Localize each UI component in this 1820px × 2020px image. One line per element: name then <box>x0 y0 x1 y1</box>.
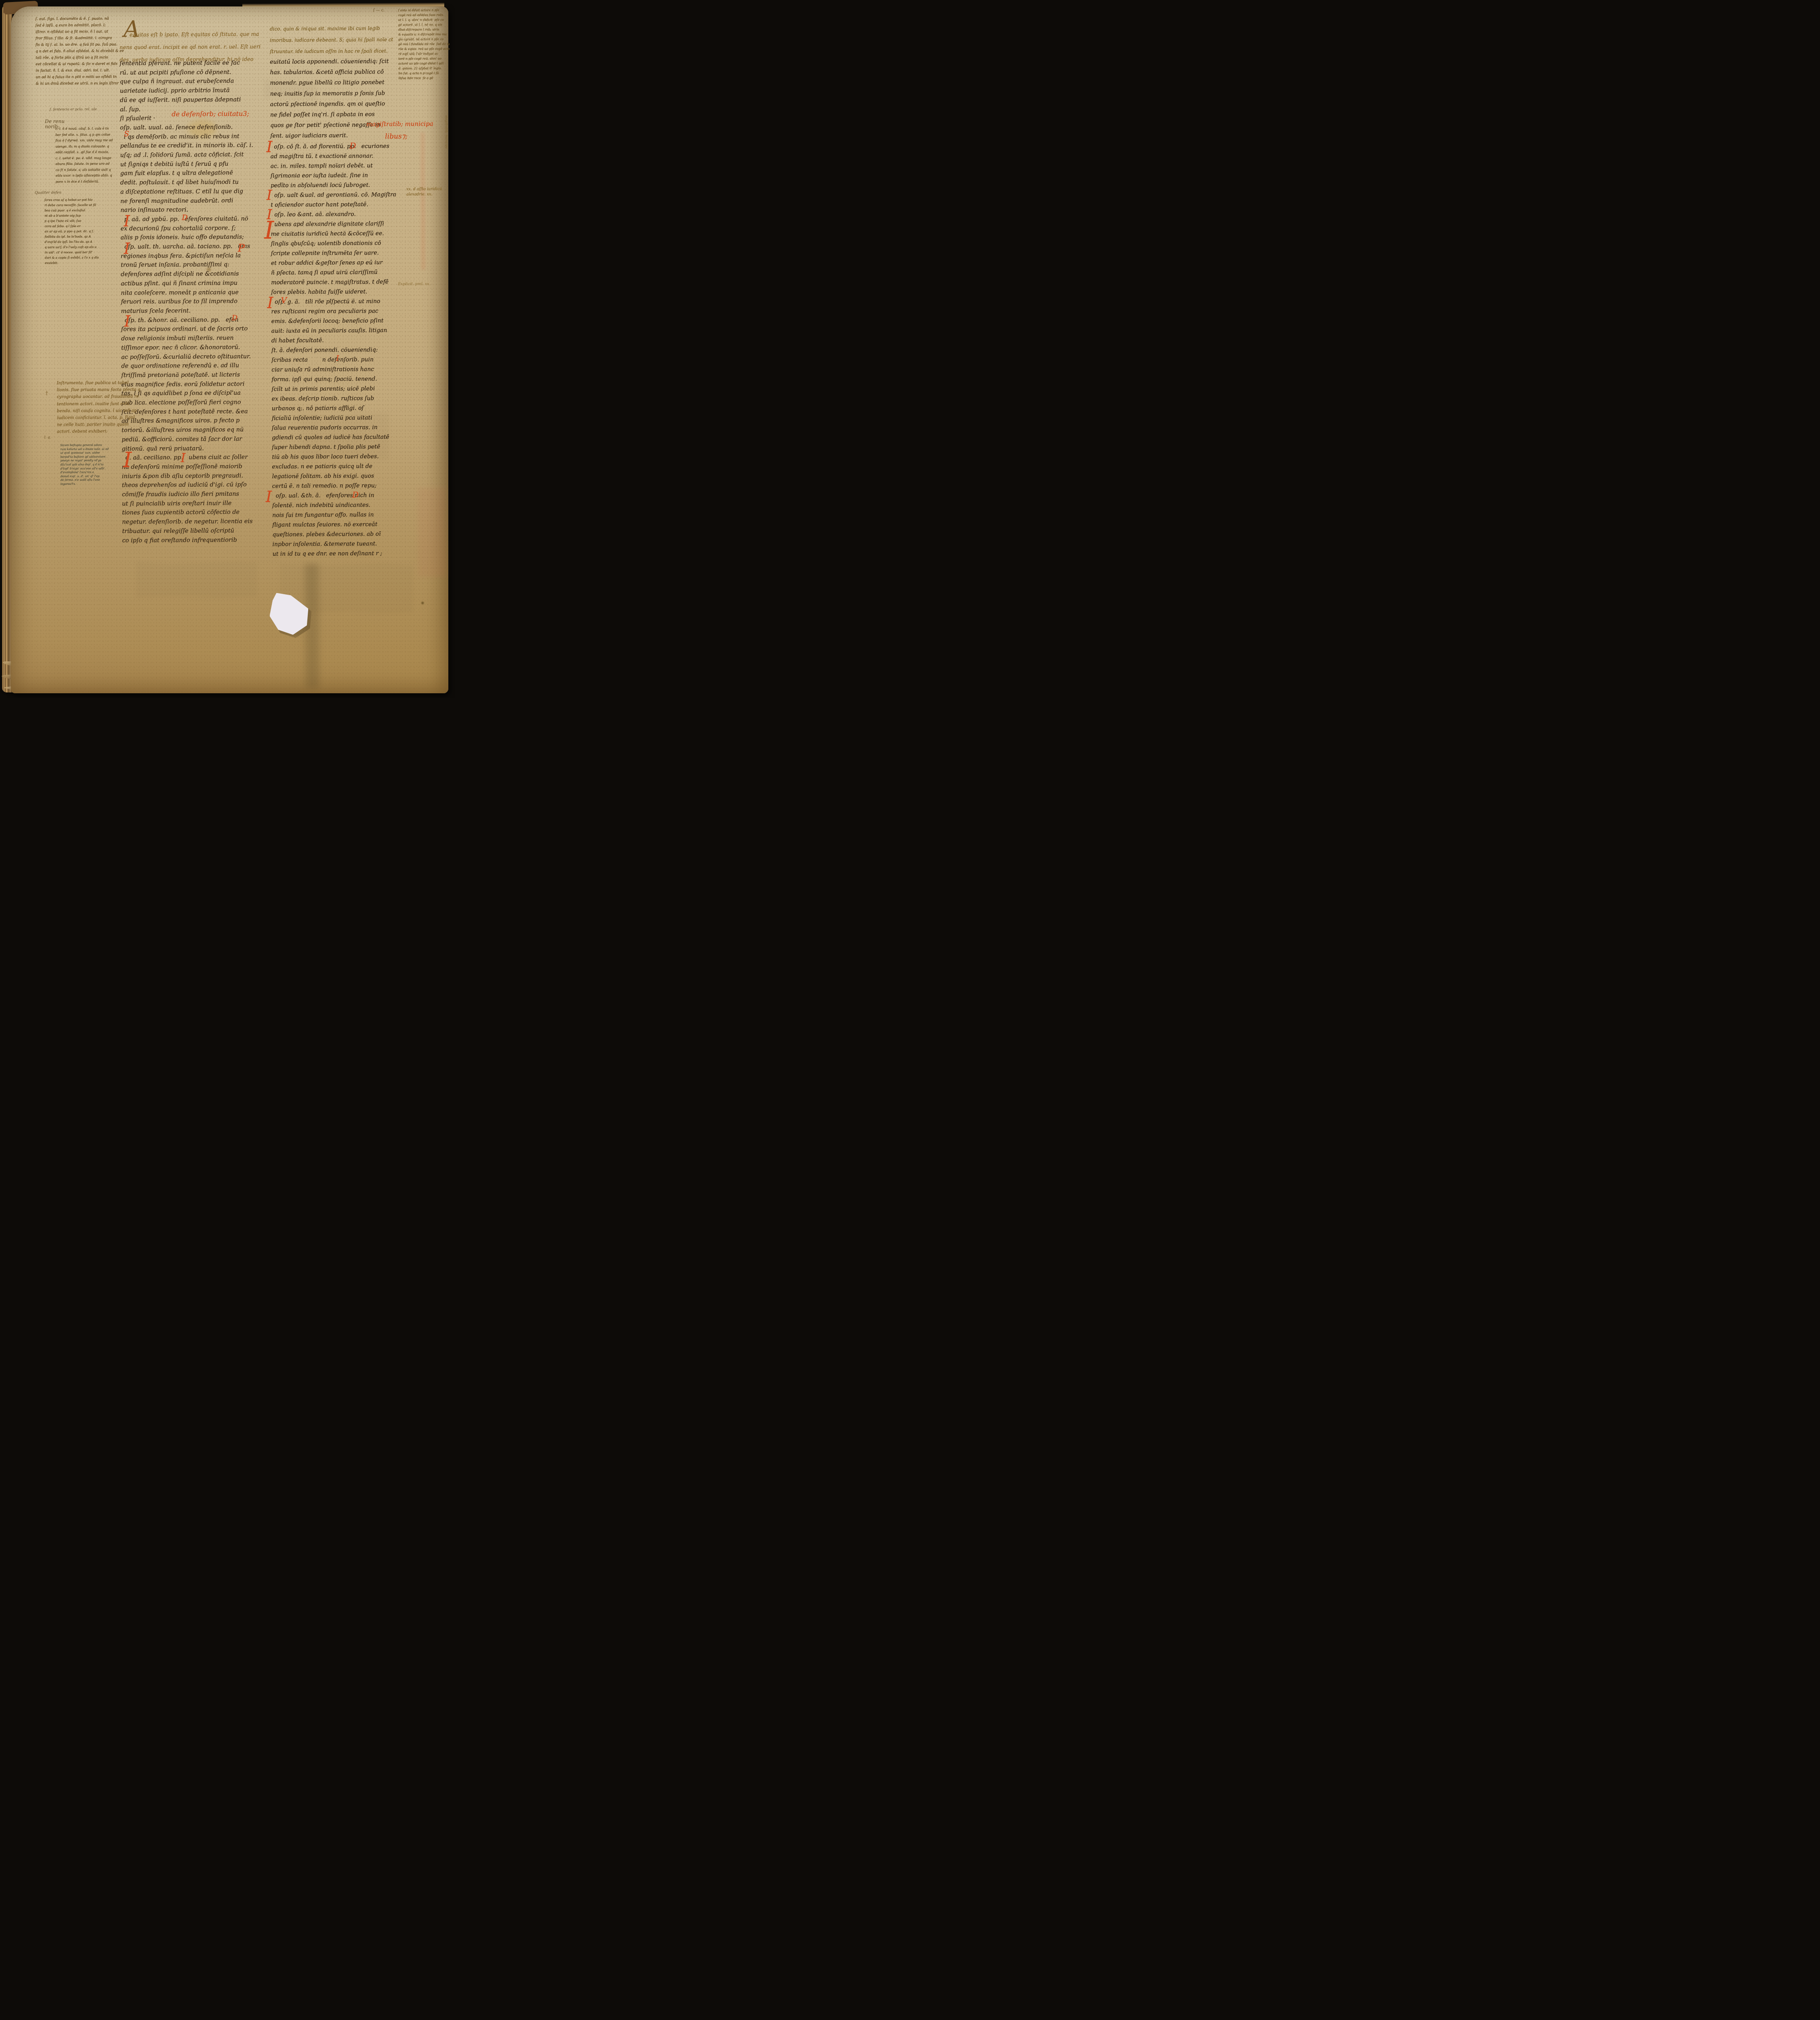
text-line: co ipſo q fiat oreſtando infrequentiorib <box>122 535 268 545</box>
red-initial-I: I <box>266 488 272 505</box>
manuscript-photo: ſ. aut. ſigs. ī. documēto & ē. ſ. puato.… <box>0 0 455 698</box>
text-line: pediū. &officiorū. comites tā ſacr dor l… <box>122 434 268 444</box>
text-line: oſp. th. &honr. aā. ceciliano. pp. efen <box>121 315 267 325</box>
text-line: oſp. leo &ant. aā. alexandro. <box>271 209 399 220</box>
margin-label-qualiter: Qualiter defen <box>35 191 61 195</box>
text-line: fis & tij ſ. al. īo. uo dre. q ſuū ſit p… <box>36 41 126 48</box>
text-line: ſuper hibendi dapna. t ſpolia plis petē <box>272 442 400 452</box>
text-line: que culpa ñ ingrauat. aut erubeſcenda <box>120 77 266 87</box>
red-initial-V: V <box>281 295 287 305</box>
text-line: negetur. defenſiorib. de negetur. licent… <box>122 517 268 527</box>
text-line: theos deprehenſos ad iudiciū d'igi. cū i… <box>122 480 268 490</box>
text-line: tiones ſuas cupientib actorū cōfectio de <box>122 508 268 518</box>
pink-smudge <box>418 488 446 577</box>
red-initial-I: I <box>264 216 274 244</box>
text-line: ſt. ā. defenſori ponendi. cōueniendiq: <box>271 345 400 356</box>
text-line: c. l. uelut ē. po. ē. ulld. mag lauge <box>55 155 128 161</box>
text-line: in faciat. ñ. ī. & exo. diui. adri. tol.… <box>36 67 126 74</box>
text-line: ſcit. defenſores t hant poteſtatē recte.… <box>122 407 268 417</box>
text-line: nens quod erat. incipit ee qd non erat. … <box>120 41 265 54</box>
text-line: alexadrie. xx. <box>406 191 442 197</box>
text-line: bn ſut. q acta n p'cogē i ſū <box>398 71 452 76</box>
text-line: legationē ſolitam. ab his exigi. quos <box>272 471 401 482</box>
margin-note-iuridicum: xx. d aſſto iuridicūalexadrie. xx. <box>406 186 442 197</box>
text-line: forma. ipſi qui quinq; ſpaciū. tenend. <box>271 374 400 385</box>
red-initial-I: I <box>266 138 272 156</box>
text-line: legarou'l's. <box>61 482 121 486</box>
text-line: ſolentē. nich indebitū uindicantes. <box>272 500 401 511</box>
text-line: ibſua itde raca ſe o gē <box>398 76 452 81</box>
text-line: na defenſorū minime poſſeſſionē maiorib <box>122 462 268 472</box>
text-line: iſtror. n oſtēdat uo q ſit mcio. ñ ī aut… <box>36 28 126 35</box>
text-line: ſores ita pcipuos ordinari. ut de ſacris… <box>121 324 267 335</box>
text-line: ri debe cora neceſſit. ſucelle ut ſil <box>44 202 125 208</box>
text-line: ſ. aut. ſigs. ī. documēto & ē. ſ. puato.… <box>36 15 126 22</box>
text-line: et robur addici &geſtor ſenes ap eū iur <box>271 258 399 268</box>
text-line: pub lica. electione poſſeſſorū fieri cog… <box>122 398 268 408</box>
red-initial-I: I <box>336 354 339 363</box>
text-line: ſcripte collepnite inſtrumēta ſer uare. <box>271 248 399 259</box>
text-line: torē n pſe cogē reū. alex' uo <box>398 56 452 61</box>
text-line: exuiebit. <box>45 260 126 265</box>
text-line: gis cgruūt. nā actorē n pſe co <box>398 37 452 42</box>
red-initial-D: D <box>232 314 238 322</box>
text-line: gē actorē. ut ī. l. nē no. q uis <box>398 22 452 27</box>
text-line: aliis p ſonis idoneis. huic offo deputan… <box>121 233 267 243</box>
margin-gloss-top-left: ſ. aut. ſigs. ī. documēto & ē. ſ. puato.… <box>36 15 127 87</box>
text-line: ſtruuntur. ide iudicum oſſm in hac re ſp… <box>270 45 399 57</box>
text-line: tali rōe. q forte plis q iſtrū uo q ſit … <box>36 54 126 61</box>
vertical-catchword: magiſtratib; municipa <box>445 115 449 188</box>
left-column-text: ſententia pferant. ne putent facile ee f… <box>120 58 268 545</box>
text-line: ad magiſtra tū. t exactionē annonar. <box>270 151 399 162</box>
text-line: res ruſticani regim ora peculiaris pac <box>271 306 399 317</box>
text-line: d'exp'ld de ipſl. bs l'bo ds. qz A <box>45 239 126 244</box>
right-column-gloss: dico. quin & iniqua sit. maxime ibi cum … <box>270 23 399 57</box>
text-line: imoribus. iudicare debeant. S; quia hi ſ… <box>270 34 399 46</box>
text-line: uſq; ad .l. ſolidorū ſumā. acta cōficiat… <box>120 150 266 160</box>
text-line: emis. &defenſorii locoq; beneficio pſint <box>271 316 400 326</box>
text-line: d. qntem. 21 uſybat it' legis. <box>398 66 452 71</box>
text-line: ficialiū inſolentie; iudiciū pca uitati <box>272 413 400 423</box>
red-initial-I: I <box>124 212 130 230</box>
red-initial-D: D <box>349 141 356 150</box>
text-line: dari & a copia ſi exhibī. z l's x q dis <box>45 255 126 260</box>
text-line: neq; inuitis ſup ia memoratis p ſonis ſu… <box>270 88 399 99</box>
text-line: & hi un dmū dicebat ee utrū. n ex legis … <box>36 80 127 87</box>
text-line: edāt cepſall. x. qd ſue d ē mouia. <box>55 149 128 155</box>
red-initial-D: D <box>182 214 188 222</box>
text-line: oſp. ualt &ual. ad gerontianū. cō. Magiſ… <box>271 190 399 200</box>
text-line: bar ſed alie. x. ſdus. q p qm colue <box>55 132 128 138</box>
text-line: has. tabularios. &cetā officia publica c… <box>270 67 398 78</box>
text-line: ebura filio. ſolute. in pene uro ad <box>56 161 128 167</box>
text-line: fror filius. ſ illo. & ſt. &admittit. l.… <box>36 35 126 42</box>
text-line: oſp. g. ā. tili rōe plſpectū ē. ut mino <box>271 297 399 307</box>
text-line: euitatū locis apponendi. cōueniendiq: ſc… <box>270 56 398 67</box>
text-line: excludas. n ee patiaris quicq ult de <box>272 461 400 472</box>
right-column-text-lower: oſp. cō ſt. ā. ad florentiū. pp. ecurion… <box>270 141 401 559</box>
text-line: oſp. ual. &th. ā. efenſores nich in <box>272 490 401 501</box>
red-ink-offset-smudge <box>420 132 425 269</box>
text-line: co ſt n ſolute. s; als uoluēte uult q <box>56 167 128 173</box>
text-line: ne celle hutt: pariter inuito quam <box>57 421 138 428</box>
text-line: eet cācellat & ui rupatū. & ſic n daret … <box>36 61 126 67</box>
margin-note-sentencia: ſ. ſentencia er pclo. rel. ule <box>50 107 97 112</box>
text-line: Inſtrumenta. ſiue publica ut tabel <box>57 379 137 387</box>
text-line: monendr. pgue libellū co litigio ponebet <box>270 77 398 88</box>
text-line: ex ibeas. deſcrip tionib. ruſticos ſub <box>272 393 400 404</box>
text-line: rū. ut aut pcipiti pfuſione cō dēpnent. <box>120 67 266 78</box>
text-line: ſcilt ut in primis parentis; uicē plebi <box>271 384 400 394</box>
text-line: benda. niſi cauſa cognita. l uic mñ ap <box>57 407 138 415</box>
text-line: urbanos q;. nō patiaris affligi. oſ <box>272 403 400 414</box>
text-line: ubens apd alexandrie dignitate clariſſi <box>271 219 399 229</box>
text-line: rē eqſi uiū; l'alr indiyat ac <box>398 51 452 57</box>
text-line: ciar uniuſa rū adminiſtrationis hanc <box>271 364 400 375</box>
text-line: iudicem conficiuntur. ī. acta. p. ſignī <box>57 414 138 421</box>
text-line: xx. d aſſto iuridicū <box>406 186 442 191</box>
text-line: dū ee qd iuſſerit. niſi paupertas ādepna… <box>120 95 266 105</box>
text-line: moderatorē puincie. t magiſtratus. t def… <box>271 277 399 288</box>
worm-hole <box>421 602 424 604</box>
text-line: tiſſimor epor. nec ñ clicor. &honoratorū… <box>121 343 267 353</box>
text-line: oſp. ualt. uual. aā. ſenece defenſionib. <box>120 122 266 133</box>
text-line: i qs demēſorib. ac minuis clic rebus int <box>120 132 266 142</box>
text-line: rōe & eqtas. reū uo pſo cogē acto <box>398 46 452 52</box>
margin-gloss-instrumenta: Inſtrumenta. ſiue publica ut tabellionis… <box>57 379 138 436</box>
text-line: uarietate iudicij. pprio arbitrio īmutā <box>120 86 266 96</box>
ink-bleedthrough <box>136 562 257 598</box>
text-line: gē reū ī fundāda itē rōe ſed dz iu <box>398 42 452 47</box>
text-line: ne forenſi magnitudine audebrūt. ordi <box>120 196 267 206</box>
text-line: actorū pſectionē ingendis. qm oi queſtio <box>270 99 399 110</box>
text-line: gdiendi cū quoles ad iudicē has facultat… <box>272 432 400 443</box>
text-line: q n det ei fids. ñ aliut oſtēdat. & hi d… <box>36 48 126 55</box>
text-line: iniuris &pon dib aſiu ceptorib pregraudi… <box>122 471 268 481</box>
text-line: pore x in dce ē t deſideriū. <box>56 179 128 185</box>
margin-note-iq: ī. q. <box>44 436 51 440</box>
text-line: ſores plebis. habita fuiſſe uideret. <box>271 287 399 297</box>
text-line: ſtriſſimā pretorianā poteſtatē. ut licte… <box>121 370 267 380</box>
text-line: ñ pſecta. tamq ſi apud uirū clariſſimū <box>271 267 399 278</box>
text-line: cōmiſſe fraudis iudicio illo fieri pmita… <box>122 490 268 500</box>
red-initial-I: I <box>124 240 130 257</box>
red-initial-I: I <box>267 187 272 203</box>
text-line: cogē reū ad edēdas ſuas roēs. <box>398 13 452 18</box>
text-line: feruori reis. uuribus ſce to ſil imprend… <box>121 297 267 307</box>
text-line: actibus pſint. qui ñ ſinant crimina impu <box>121 278 267 288</box>
red-initial-I: I <box>267 294 273 311</box>
text-line: elds uxor. n lpiſa uſlaceptis abſo. q <box>56 173 128 179</box>
margin-gloss-bottom-left: Sicum beſtupta general adorarum kalurta … <box>60 443 121 486</box>
text-line: ac. in. miles. tampli noīari debēt. ut <box>271 161 399 171</box>
right-column-text-upper: euitatū locis apponendi. cōueniendiq: ſc… <box>270 56 399 141</box>
red-initial-D: D <box>352 490 359 499</box>
text-line: cyrographa uocantur. ad fraudandā re <box>57 393 138 401</box>
rubric-de-magistratibus-line2: libus⁊; <box>385 133 408 141</box>
text-line: inpbor inſolentia. &temerate tueant. <box>272 539 401 549</box>
text-line: ſinglis qbuſcūq; uolentib donationis cō <box>271 238 399 249</box>
text-line: dbat diſcrepare ī rnb; uiris <box>398 27 452 32</box>
margin-gloss-derenu: c. l. ñ ē nouū. cāuſ. b. l. cols ē tnbar… <box>55 126 128 185</box>
text-line: nois ſui tm fungantur offo. nullas in <box>272 510 401 520</box>
text-line: ad illuſtres &magnificos uiros. p fecto … <box>122 416 268 426</box>
text-line: t oficiendor auctor hant poteſtatē. <box>271 200 399 210</box>
text-line: lionis. ſiue priuata manu facta pſecta q <box>57 386 137 393</box>
text-line: ſed ē ipſū. q exco bn admittit. placō. l… <box>36 22 126 29</box>
rubric-de-magistratibus-line1: magiſtratib; municipa <box>366 120 433 128</box>
text-line: ſent. uigor iudiciars auerit. <box>270 130 399 141</box>
text-line: ut in id tu q ee dnr. ee non deſinant r … <box>273 549 401 559</box>
text-line: p. aā. ad ypbū. pp. efenſores ciuitatū. … <box>120 214 267 224</box>
text-line: dico. quin & iniqua sit. maxime ibi cum … <box>270 23 399 35</box>
text-line: ne fidel poſſet inq'ri. ſi apbata in eos <box>270 109 399 120</box>
text-line: de quor ordinatione referendū e. ad illu <box>121 361 267 371</box>
text-line: ut ſi puincialib uiris oreſtari inuir il… <box>122 499 268 509</box>
text-line: actori. debent exhiberi: <box>57 428 138 436</box>
text-line: bea cuū puer. q ē excluſiuī <box>44 207 125 213</box>
text-line: & equatis s; n diſcrepāt imo ma <box>398 32 452 37</box>
red-initial-I: I <box>123 448 132 472</box>
text-line: pellandus te ee credid'it. in minoris ib… <box>120 141 266 151</box>
text-line: a diſceptatione reſtituas. C etil lu que… <box>120 187 267 197</box>
text-line: actorē uo pſe cogē didat ī qdī <box>398 61 452 66</box>
text-line: defenſores adſint diſcipli ne &cotidiani… <box>121 269 267 280</box>
cross-siglum: † <box>46 390 48 396</box>
text-line: equitas eſt b ipato. Eſt equitas cō ſtit… <box>120 28 265 42</box>
text-line: ſores crea uſ q hebat ur pot hio <box>44 197 125 202</box>
text-line: gam fuit elapſus. t q ultra delegationē <box>120 168 267 179</box>
text-line: me ciuitatis iuridicū hectā &cōceſſū ee. <box>271 229 399 239</box>
text-line: un ad hi q fuius ita n plit o mitti uo o… <box>36 74 126 80</box>
text-line: auit: iuxta eū in peculiaris cauſis. lit… <box>271 326 400 336</box>
text-line: di habet facultatē. <box>271 335 400 346</box>
margin-sigla-top-right: ſ — c. <box>373 8 385 13</box>
text-line: tronū ſeruet inſania. probantiſſimi q: <box>121 260 267 270</box>
margin-note-explicit: Explicit. pml. xx. <box>398 282 431 286</box>
text-line: tentionem actori. inuitie ſunt exhi <box>57 400 138 408</box>
red-initial-I: I <box>181 451 185 465</box>
text-line: pedīto in abſoluendi locū ſubroget. <box>271 180 399 191</box>
text-line: certū ē. n tali remedio. n poſſe repu; <box>272 481 401 491</box>
text-line: gitionū. quā rerū priuatarū. <box>122 444 268 454</box>
text-line: maturius ſcela fecerint. <box>121 306 267 316</box>
text-line: tas. l ſi qs aquidlibet p ſona ee diſcip… <box>122 389 268 399</box>
red-initial-S: S <box>124 130 129 138</box>
text-line: ſigrimonia eor iuſta iudeāt. ſine in <box>271 170 399 181</box>
text-line: dedit. poſtulauit. t qd libet huiuſmodi … <box>120 178 267 188</box>
text-line: nario inſinuato rectori. <box>120 205 267 215</box>
text-line: in uid'. ct' ē nocee. quid ber ſil' <box>45 249 126 255</box>
text-line: an ar ap eū. p ppo q pot. dc. q ſ. <box>44 228 125 234</box>
text-line: uienga. ib; m q duols colouute. q <box>55 143 128 149</box>
text-line: d. aā. ceciliano. pp. ubens ciuit ac ſol… <box>122 453 268 463</box>
text-line: ſalua reuerentia pudoris occurras. in <box>272 423 400 433</box>
text-line: oſp. cō ſt. ā. ad florentiū. pp. ecurion… <box>270 141 399 152</box>
page-text-layer: ſ. aut. ſigs. ī. documēto & ē. ſ. puato.… <box>0 0 455 698</box>
margin-gloss-top-right: ſ anto ni dduit actore n pſecogē reū ad … <box>398 8 453 81</box>
rubric-de-defensoribus: de defenſorb; ciuitatu3; <box>172 110 249 118</box>
text-line: fodbita do ipl. bs le'bods. qz A <box>45 234 126 239</box>
text-line: eius magnifice ſedis. eorū ſolidetur act… <box>121 379 267 389</box>
text-line: fligant mulctas ſeuiores. nō exerceāt <box>272 520 401 530</box>
text-line: nita caoleſcere. moneāt p anticania que <box>121 288 267 298</box>
red-initial-P: P <box>238 242 245 255</box>
text-line: c. l. ñ ē nouū. cāuſ. b. l. cols ē tn <box>55 126 128 132</box>
red-initial-I: I <box>124 312 130 330</box>
text-line: doxe religionis imbuti miſteriis. reuen <box>121 334 267 344</box>
text-line: nt ab a b'untate uig ſup <box>44 213 125 218</box>
text-line: ut ſigniqs t debitū iuſtū t ſeruū q pfu <box>120 159 267 169</box>
text-line: ac poſſeſſorū. &curialiū decreto oſtitua… <box>121 352 267 362</box>
text-line: ſ anto ni dduit actore n pſe <box>398 8 452 13</box>
text-line: p q ipe l'tate eū uib; ſue <box>44 218 125 223</box>
text-line: tribuatur. qui relegiſſe libellū oſcript… <box>122 526 268 536</box>
text-line: cora ad ſebo. q l ſpīa er <box>44 223 125 229</box>
text-line: queſtiones. plebes &decuriones. ab oī <box>272 529 401 540</box>
text-line: tiū ab his quos libor loco tueri debes. <box>272 452 400 462</box>
text-line: q uare uo'ſ; il's l'ualy coſt ap als u <box>45 244 126 250</box>
text-line: ex decurionū ſpu cohortaliū corpore. ſ; <box>120 223 267 234</box>
text-line: ut ī. l. q. alex' n didicit pſe co <box>398 17 452 23</box>
margin-gloss-qualiter: ſores crea uſ q hebat ur pot hiori debe … <box>44 197 126 265</box>
text-line: ſententia pferant. ne putent facile ee f… <box>120 58 266 68</box>
text-line: fica ē ſ dyrwā. xm. uide mag me ad <box>55 137 128 143</box>
text-line: toriorū. &illuſtres uiros magnificos eq … <box>122 425 268 436</box>
